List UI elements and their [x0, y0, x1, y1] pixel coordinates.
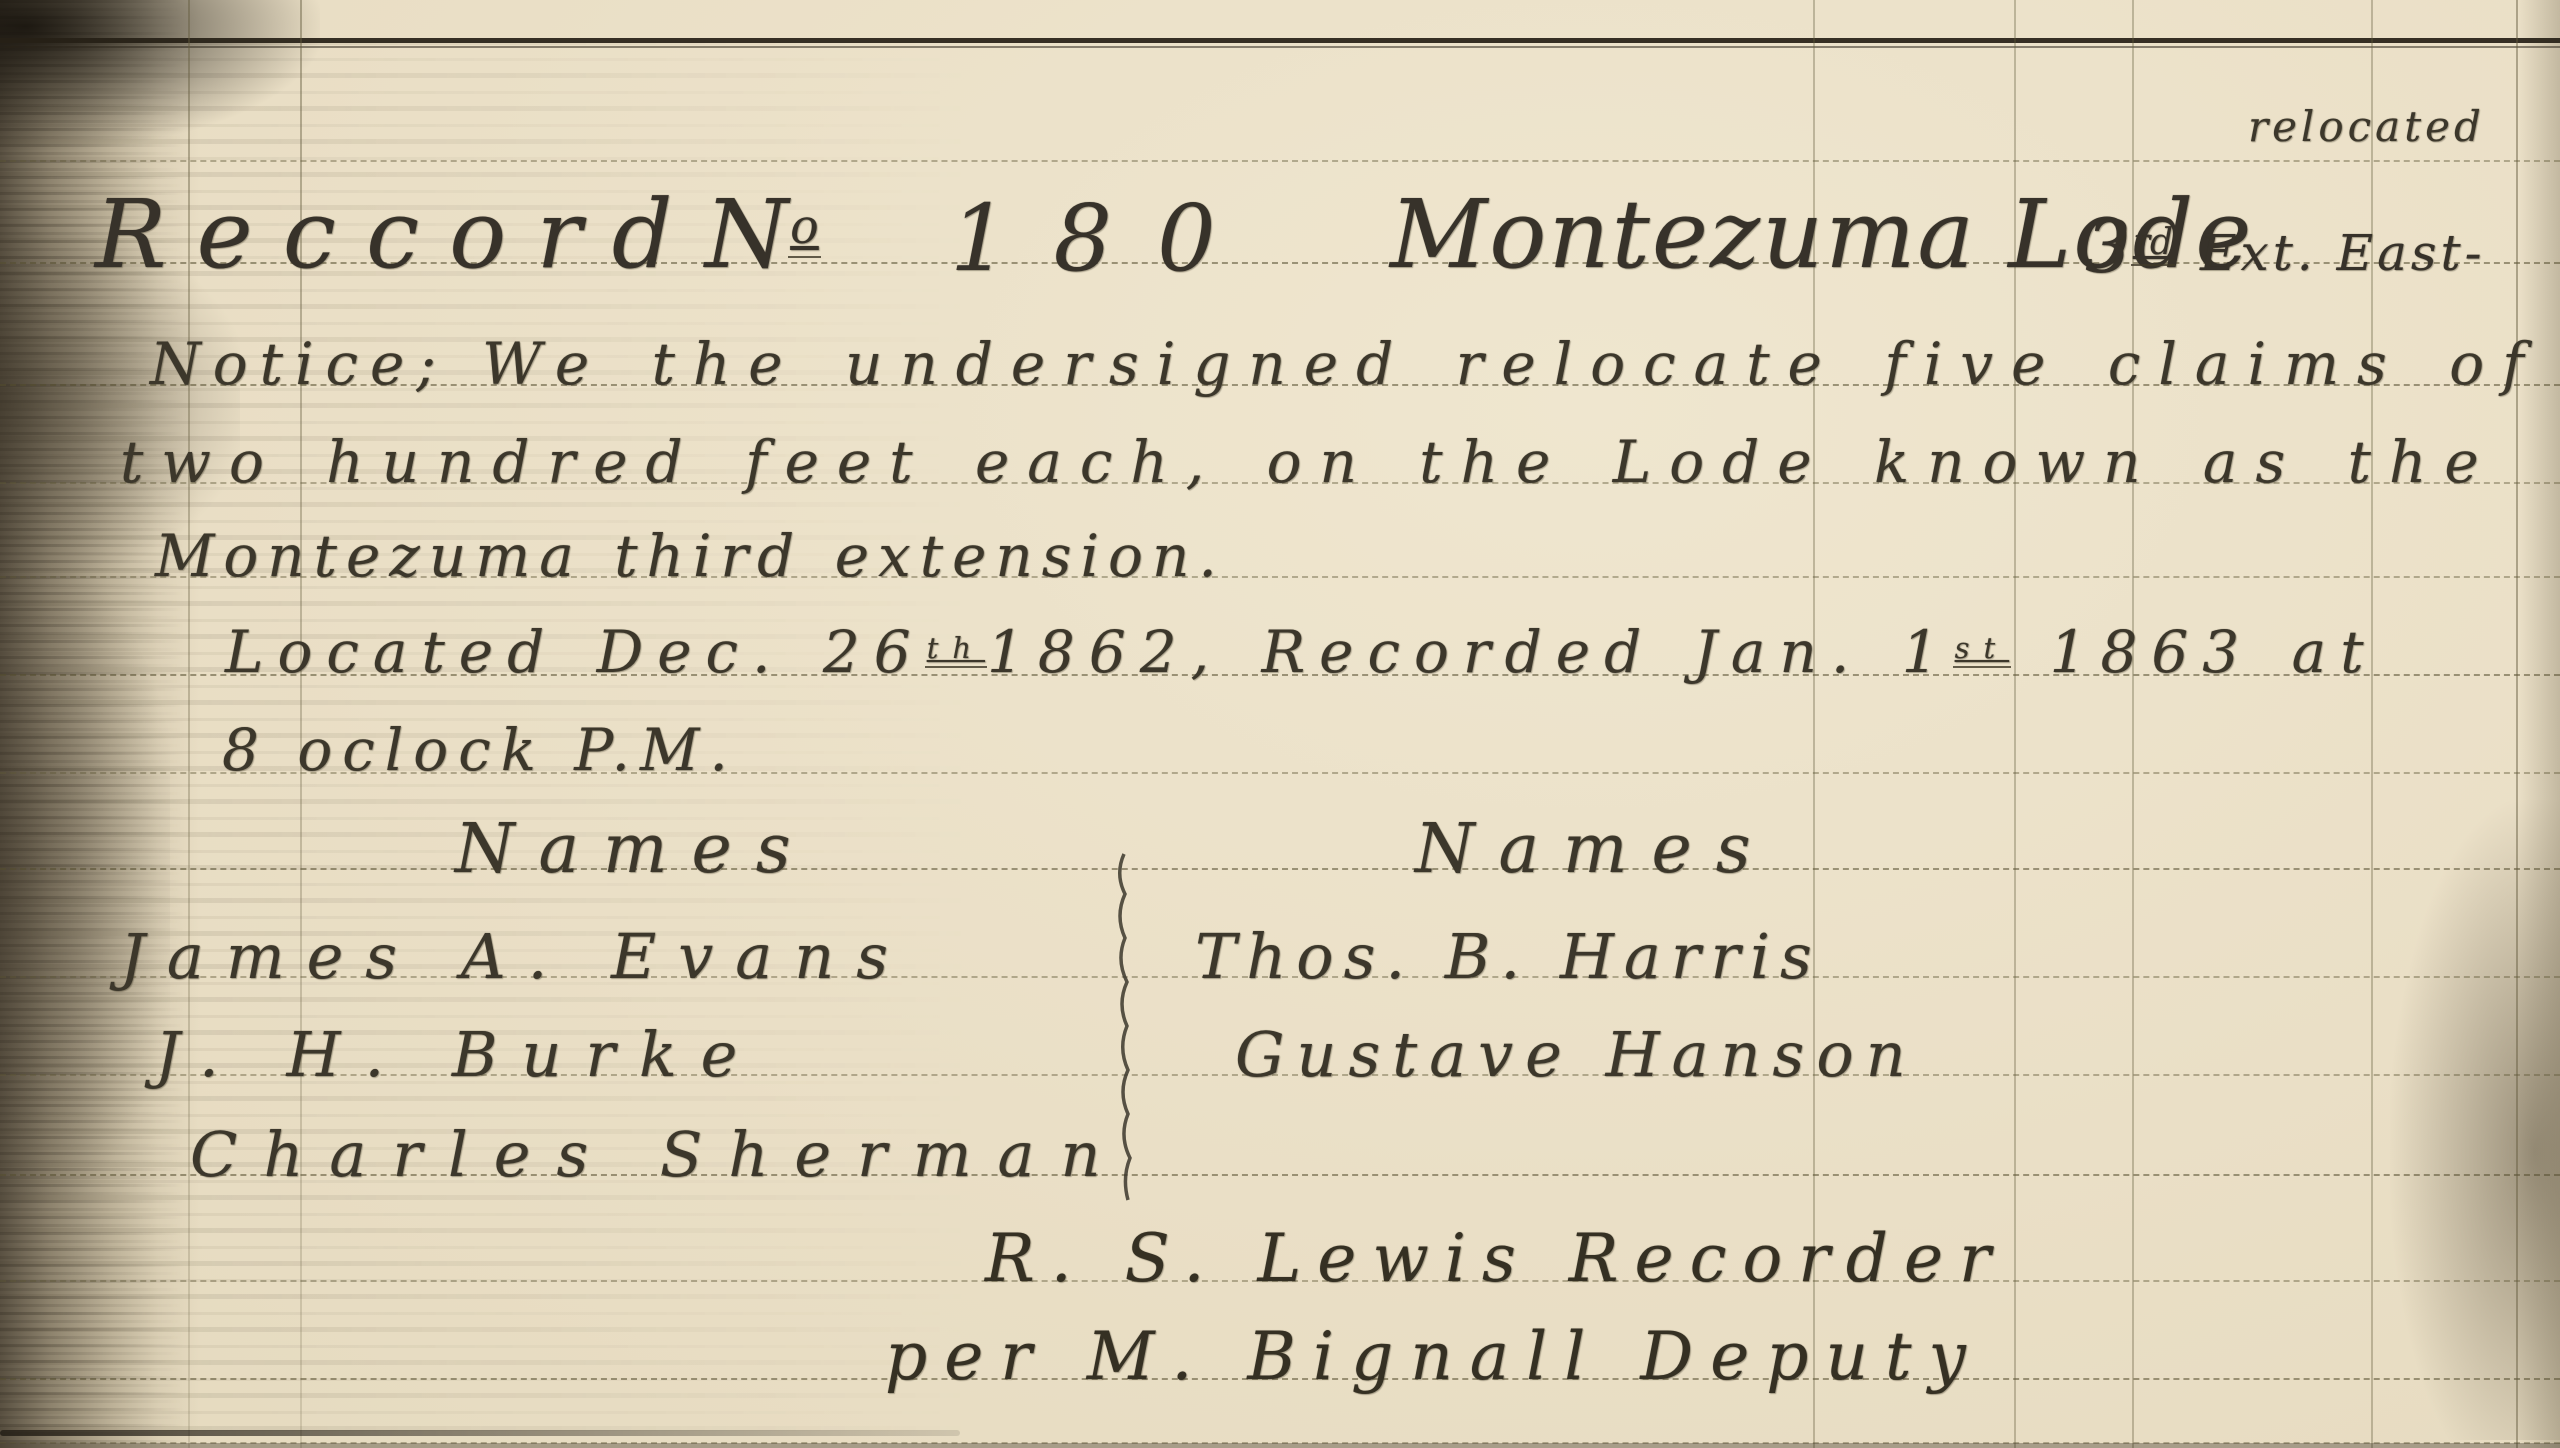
recorded-date: 1862, Recorded Jan. 1 — [987, 618, 1953, 686]
time-line: 8 oclock P.M. — [222, 716, 738, 784]
notice-label: Notice; — [150, 330, 448, 398]
corner-ink-blotch — [0, 0, 320, 150]
extension-number: 3 — [2085, 205, 2131, 289]
located-date-superscript: th — [925, 631, 987, 668]
names-divider-brace — [1108, 852, 1138, 1202]
name-entry-left-3: Charles Sherman — [190, 1118, 1126, 1191]
relocated-note: relocated — [2248, 102, 2485, 151]
record-title-word: Reccord — [95, 180, 703, 290]
recorded-year: 1863 at — [2050, 618, 2378, 686]
recorder-signature: R. S. Lewis Recorder — [985, 1220, 2007, 1297]
ruled-line — [0, 868, 2560, 870]
names-header-right: Names — [1415, 810, 1775, 889]
name-entry-left-2: J. H. Burke — [155, 1018, 761, 1091]
notice-line-3: Montezuma third extension. — [155, 522, 1226, 590]
name-entry-right-2: Gustave Hanson — [1235, 1018, 1918, 1091]
right-edge-band — [2518, 0, 2560, 1448]
top-double-rule — [0, 36, 2560, 52]
column-rule — [2371, 0, 2373, 1448]
name-entry-left-1: James A. Evans — [120, 920, 910, 993]
ruled-line — [0, 160, 2560, 162]
left-edge-smudge — [0, 560, 170, 1200]
record-no-superscript: o — [788, 200, 821, 258]
record-no-label: No — [705, 180, 821, 290]
ledger-page-scan: relocated Reccord No 180 Montezuma Lode … — [0, 0, 2560, 1448]
record-number: 180 — [950, 185, 1261, 292]
record-no-letter: N — [705, 180, 788, 290]
extension-superscript: rd — [2131, 222, 2175, 266]
name-entry-right-1: Thos. B. Harris — [1195, 920, 1822, 993]
bottom-scan-line — [0, 1430, 960, 1436]
notice-line-1: We the undersigned relocate five claims … — [482, 330, 2542, 398]
dates-line: Located Dec. 26th1862, Recorded Jan. 1st… — [225, 618, 2378, 686]
notice-line-2: two hundred feet each, on the Lode known… — [120, 428, 2497, 496]
names-header-left: Names — [455, 810, 815, 889]
column-rule — [2516, 0, 2518, 1448]
recorded-date-superscript: st — [1953, 631, 2012, 668]
extension-ordinal: 3rd — [2085, 205, 2175, 289]
bottom-edge-line — [0, 1443, 2560, 1448]
deputy-signature: per M. Bignall Deputy — [885, 1318, 1983, 1395]
extension-label: Ext. East- — [2200, 224, 2486, 282]
located-date: Located Dec. 26 — [225, 618, 925, 686]
